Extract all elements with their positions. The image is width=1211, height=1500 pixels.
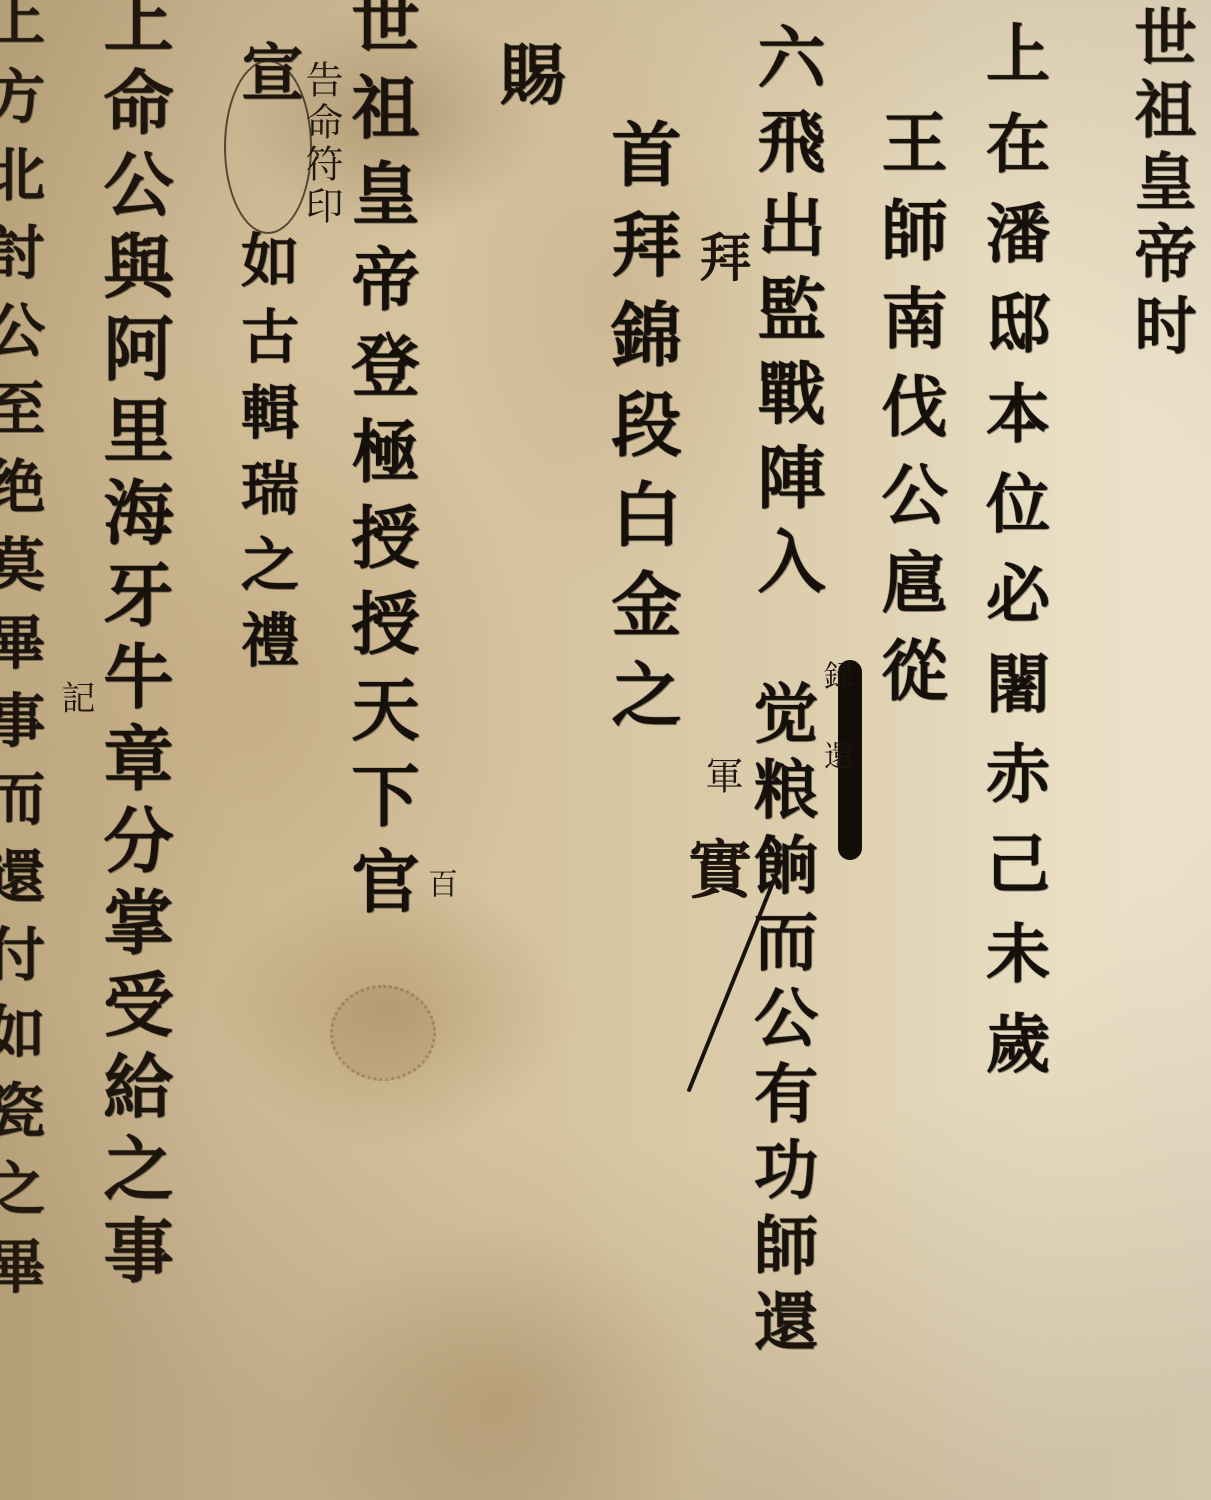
column-5b-text: 賜 bbox=[494, 40, 560, 124]
annotation-shi: 實 bbox=[682, 836, 746, 906]
water-stain bbox=[330, 985, 436, 1081]
manuscript-page: 世祖皇帝时 上在潘邸本位必闍赤己未歲 王師南伐公扈從 六飛出監戰陣入 觉粮餉而公… bbox=[0, 0, 1211, 1500]
annotation-gaoming-fuyin: 告命符印 bbox=[302, 60, 340, 228]
annotation-bai-hundred: 百 bbox=[424, 868, 454, 904]
column-5-text: 首拜錦段白金之 bbox=[606, 118, 676, 748]
annotation-left-small: 記 bbox=[58, 680, 92, 720]
column-4b-text: 觉粮餉而公有功師還 bbox=[748, 680, 812, 1364]
annotation-struck-side: 録還 bbox=[820, 660, 850, 820]
column-1-text: 世祖皇帝时 bbox=[1129, 5, 1191, 365]
annotation-inserted-bai: 拜 bbox=[694, 230, 746, 288]
annotation-jun: 軍 bbox=[702, 756, 740, 800]
column-4a-text: 六飛出監戰陣入 bbox=[752, 22, 820, 610]
column-9-text: 上方北討公至绝莫畢事而還付如瓷之畢 bbox=[0, 0, 40, 1314]
column-7b-text: 如古輯瑞之禮 bbox=[236, 230, 294, 686]
column-6-text: 世祖皇帝登極授授天下官 bbox=[346, 0, 414, 932]
column-3-text: 王師南伐公扈從 bbox=[876, 108, 942, 724]
column-7-circled-char: 𨱩 bbox=[238, 140, 294, 214]
column-2-text: 上在潘邸本位必闍赤己未歲 bbox=[980, 20, 1044, 1100]
column-8-text: 上命公與阿里海牙牛章分掌受給之事 bbox=[98, 0, 168, 1296]
